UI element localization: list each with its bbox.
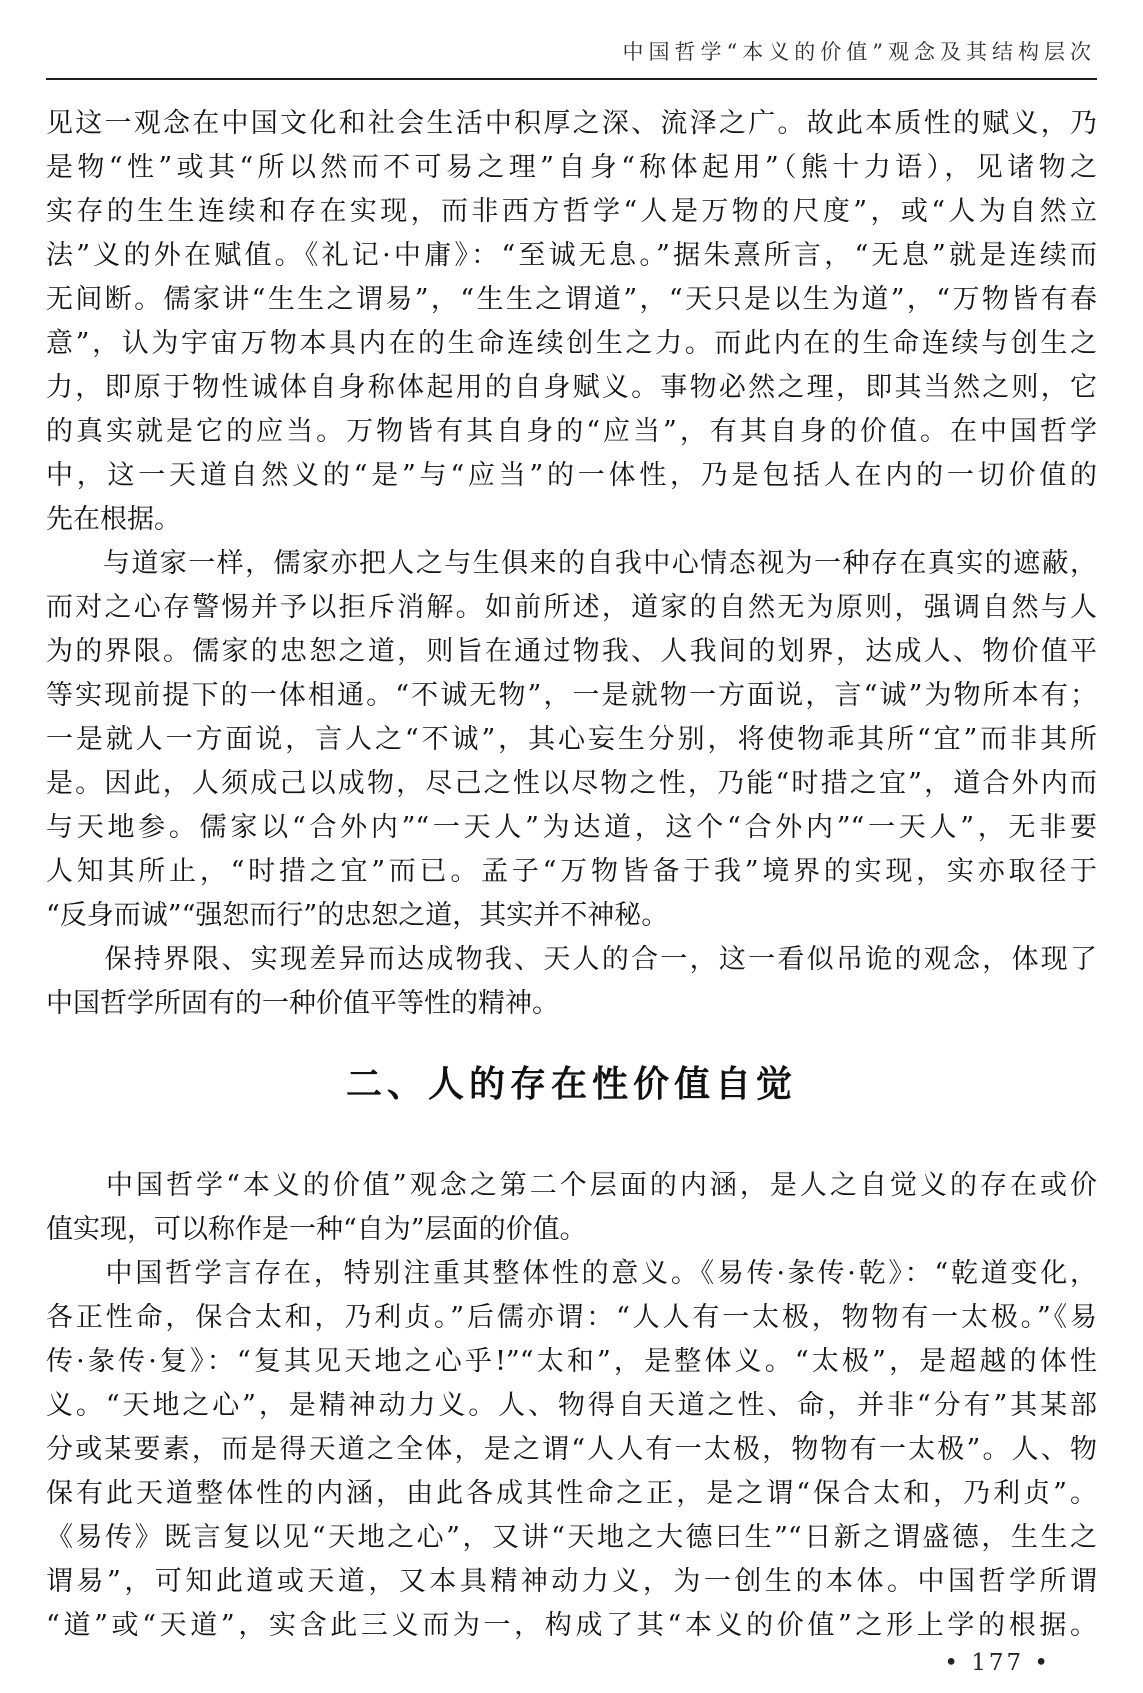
running-head: 中国哲学“本义的价值”观念及其结构层次 — [0, 0, 1143, 66]
text-line: “道”或“天道”，实含此三义而为一，构成了其“本义的价值”之形上学的根据。 — [46, 1604, 1097, 1648]
paragraph: 保持界限、实现差异而达成物我、天人的合一，这一看似吊诡的观念，体现了中国哲学所固… — [46, 938, 1097, 1026]
text-line: 中国哲学所固有的一种价值平等性的精神。 — [46, 982, 1097, 1026]
text-line: 而对之心存警惕并予以拒斥消解。如前所述，道家的自然无为原则，强调自然与人 — [46, 586, 1097, 630]
text-line: 传·彖传·复》：“复其见天地之心乎!”“太和”，是整体义。“太极”，是超越的体性 — [46, 1340, 1097, 1384]
text-line: 法”义的外在赋值。《礼记·中庸》：“至诚无息。”据朱熹所言，“无息”就是连续而 — [46, 234, 1097, 278]
text-line: 《易传》既言复以见“天地之心”，又讲“天地之大德曰生”“日新之谓盛德，生生之 — [46, 1516, 1097, 1560]
text-line: 中，这一天道自然义的“是”与“应当”的一体性，乃是包括人在内的一切价值的 — [46, 454, 1097, 498]
text-line: 与道家一样，儒家亦把人之与生俱来的自我中心情态视为一种存在真实的遮蔽， — [46, 542, 1097, 586]
text-line: 中国哲学“本义的价值”观念之第二个层面的内涵，是人之自觉义的存在或价 — [46, 1164, 1097, 1208]
text-line: 人知其所止，“时措之宜”而已。孟子“万物皆备于我”境界的实现，实亦取径于 — [46, 850, 1097, 894]
text-line: 先在根据。 — [46, 498, 1097, 542]
document-page: 中国哲学“本义的价值”观念及其结构层次 见这一观念在中国文化和社会生活中积厚之深… — [0, 0, 1143, 1693]
text-line: 力，即原于物性诚体自身称体起用的自身赋义。事物必然之理，即其当然之则，它 — [46, 366, 1097, 410]
text-line: 值实现，可以称作是一种“自为”层面的价值。 — [46, 1208, 1097, 1252]
text-line: “反身而诚”“强恕而行”的忠恕之道，其实并不神秘。 — [46, 894, 1097, 938]
text-line: 谓易”，可知此道或天道，又本具精神动力义，为一创生的本体。中国哲学所谓 — [46, 1560, 1097, 1604]
text-line: 一是就人一方面说，言人之“不诚”，其心妄生分别，将使物乖其所“宜”而非其所 — [46, 718, 1097, 762]
paragraph: 见这一观念在中国文化和社会生活中积厚之深、流泽之广。故此本质性的赋义，乃是物“性… — [46, 102, 1097, 542]
text-line: 等实现前提下的一体相通。“不诚无物”，一是就物一方面说，言“诚”为物所本有； — [46, 674, 1097, 718]
text-line: 各正性命，保合太和，乃利贞。”后儒亦谓：“人人有一太极，物物有一太极。”《易 — [46, 1296, 1097, 1340]
section-heading: 二、人的存在性价值自觉 — [46, 1060, 1097, 1108]
text-line: 保有此天道整体性的内涵，由此各成其性命之正，是之谓“保合太和，乃利贞”。 — [46, 1472, 1097, 1516]
paragraph: 与道家一样，儒家亦把人之与生俱来的自我中心情态视为一种存在真实的遮蔽，而对之心存… — [46, 542, 1097, 938]
text-line: 是。因此，人须成己以成物，尽己之性以尽物之性，乃能“时措之宜”，道合外内而 — [46, 762, 1097, 806]
text-line: 为的界限。儒家的忠恕之道，则旨在通过物我、人我间的划界，达成人、物价值平 — [46, 630, 1097, 674]
content: 见这一观念在中国文化和社会生活中积厚之深、流泽之广。故此本质性的赋义，乃是物“性… — [46, 80, 1097, 1648]
text-line: 与天地参。儒家以“合外内”“一天人”为达道，这个“合外内”“一天人”，无非要 — [46, 806, 1097, 850]
text-line: 分或某要素，而是得天道之全体，是之谓“人人有一太极，物物有一太极”。人、物 — [46, 1428, 1097, 1472]
text-line: 是物“性”或其“所以然而不可易之理”自身“称体起用”（熊十力语），见诸物之 — [46, 146, 1097, 190]
text-line: 见这一观念在中国文化和社会生活中积厚之深、流泽之广。故此本质性的赋义，乃 — [46, 102, 1097, 146]
text-line: 无间断。儒家讲“生生之谓易”，“生生之谓道”，“天只是以生为道”，“万物皆有春 — [46, 278, 1097, 322]
text-line: 保持界限、实现差异而达成物我、天人的合一，这一看似吊诡的观念，体现了 — [46, 938, 1097, 982]
text-line: 中国哲学言存在，特别注重其整体性的意义。《易传·彖传·乾》：“乾道变化， — [46, 1252, 1097, 1296]
paragraph: 中国哲学言存在，特别注重其整体性的意义。《易传·彖传·乾》：“乾道变化，各正性命… — [46, 1252, 1097, 1648]
text-line: 实存的生生连续和存在实现，而非西方哲学“人是万物的尺度”，或“人为自然立 — [46, 190, 1097, 234]
text-line: 的真实就是它的应当。万物皆有其自身的“应当”，有其自身的价值。在中国哲学 — [46, 410, 1097, 454]
paragraph: 中国哲学“本义的价值”观念之第二个层面的内涵，是人之自觉义的存在或价值实现，可以… — [46, 1164, 1097, 1252]
page-number: • 177 • — [0, 1650, 1143, 1676]
text-line: 义。“天地之心”，是精神动力义。人、物得自天道之性、命，并非“分有”其某部 — [46, 1384, 1097, 1428]
text-line: 意”，认为宇宙万物本具内在的生命连续创生之力。而此内在的生命连续与创生之 — [46, 322, 1097, 366]
